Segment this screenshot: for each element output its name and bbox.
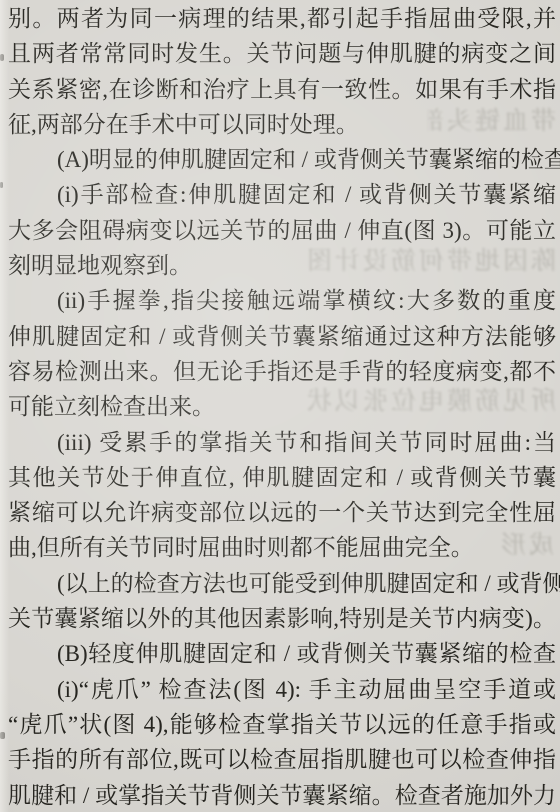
text-line: 曲,但所有关节同时屈曲时则都不能屈曲完全。	[8, 530, 556, 565]
text-line: (B)轻度伸肌腱固定和 / 或背侧关节囊紧缩的检查	[8, 636, 556, 671]
text-line: 刻明显地观察到。	[8, 248, 556, 283]
text-line: 关系紧密,在诊断和治疗上具有一致性。如果有手术指	[8, 72, 556, 107]
text-line: (i)手部检查:伸肌腱固定和 / 或背侧关节囊紧缩	[8, 177, 556, 212]
text-line: 其他关节处于伸直位, 伸肌腱固定和 / 或背侧关节囊	[8, 460, 556, 495]
text-line: 手指的所有部位,既可以检查屈指肌腱也可以检查伸指	[8, 742, 556, 777]
text-line: 紧缩可以允许病变部位以远的一个关节达到完全性屈	[8, 495, 556, 530]
ink-speck	[0, 54, 4, 61]
text-line: 大多会阻碍病变以远关节的屈曲 / 伸直(图 3)。可能立	[8, 213, 556, 248]
ink-speck	[0, 182, 3, 188]
text-line: 征,两部分在手术中可以同时处理。	[8, 107, 556, 142]
ink-speck	[0, 732, 5, 739]
text-line: (iii) 受累手的掌指关节和指间关节同时屈曲:当	[8, 425, 556, 460]
scanned-page: 带血链头部陈因地带何筋设计图所见筋膜电位张以状成形 别。两者为同一病理的结果,都…	[0, 0, 560, 812]
text-line: 可能立刻检查出来。	[8, 389, 556, 424]
text-line: 且两者常常同时发生。关节问题与伸肌腱的病变之间	[8, 36, 556, 71]
text-line: 肌腱和 / 或掌指关节背侧关节囊紧缩。检查者施加外力	[8, 778, 556, 812]
text-line: (以上的检查方法也可能受到伸肌腱固定和 / 或背侧	[8, 566, 556, 601]
text-line: (A)明显的伸肌腱固定和 / 或背侧关节囊紧缩的检查	[8, 142, 556, 177]
text-line: (ii)手握拳,指尖接触远端掌横纹:大多数的重度	[8, 283, 556, 318]
text-line: 容易检测出来。但无论手指还是手背的轻度病变,都不	[8, 354, 556, 389]
text-line: 别。两者为同一病理的结果,都引起手指屈曲受限,并	[8, 1, 556, 36]
text-line: “虎爪”状(图 4),能够检查掌指关节以远的任意手指或	[8, 707, 556, 742]
text-line: (i)“虎爪” 检查法(图 4): 手主动屈曲呈空手道或	[8, 672, 556, 707]
text-line: 伸肌腱固定和 / 或背侧关节囊紧缩通过这种方法能够	[8, 319, 556, 354]
text-line: 关节囊紧缩以外的其他因素影响,特别是关节内病变)。	[8, 601, 556, 636]
body-text: 别。两者为同一病理的结果,都引起手指屈曲受限,并且两者常常同时发生。关节问题与伸…	[0, 0, 560, 812]
